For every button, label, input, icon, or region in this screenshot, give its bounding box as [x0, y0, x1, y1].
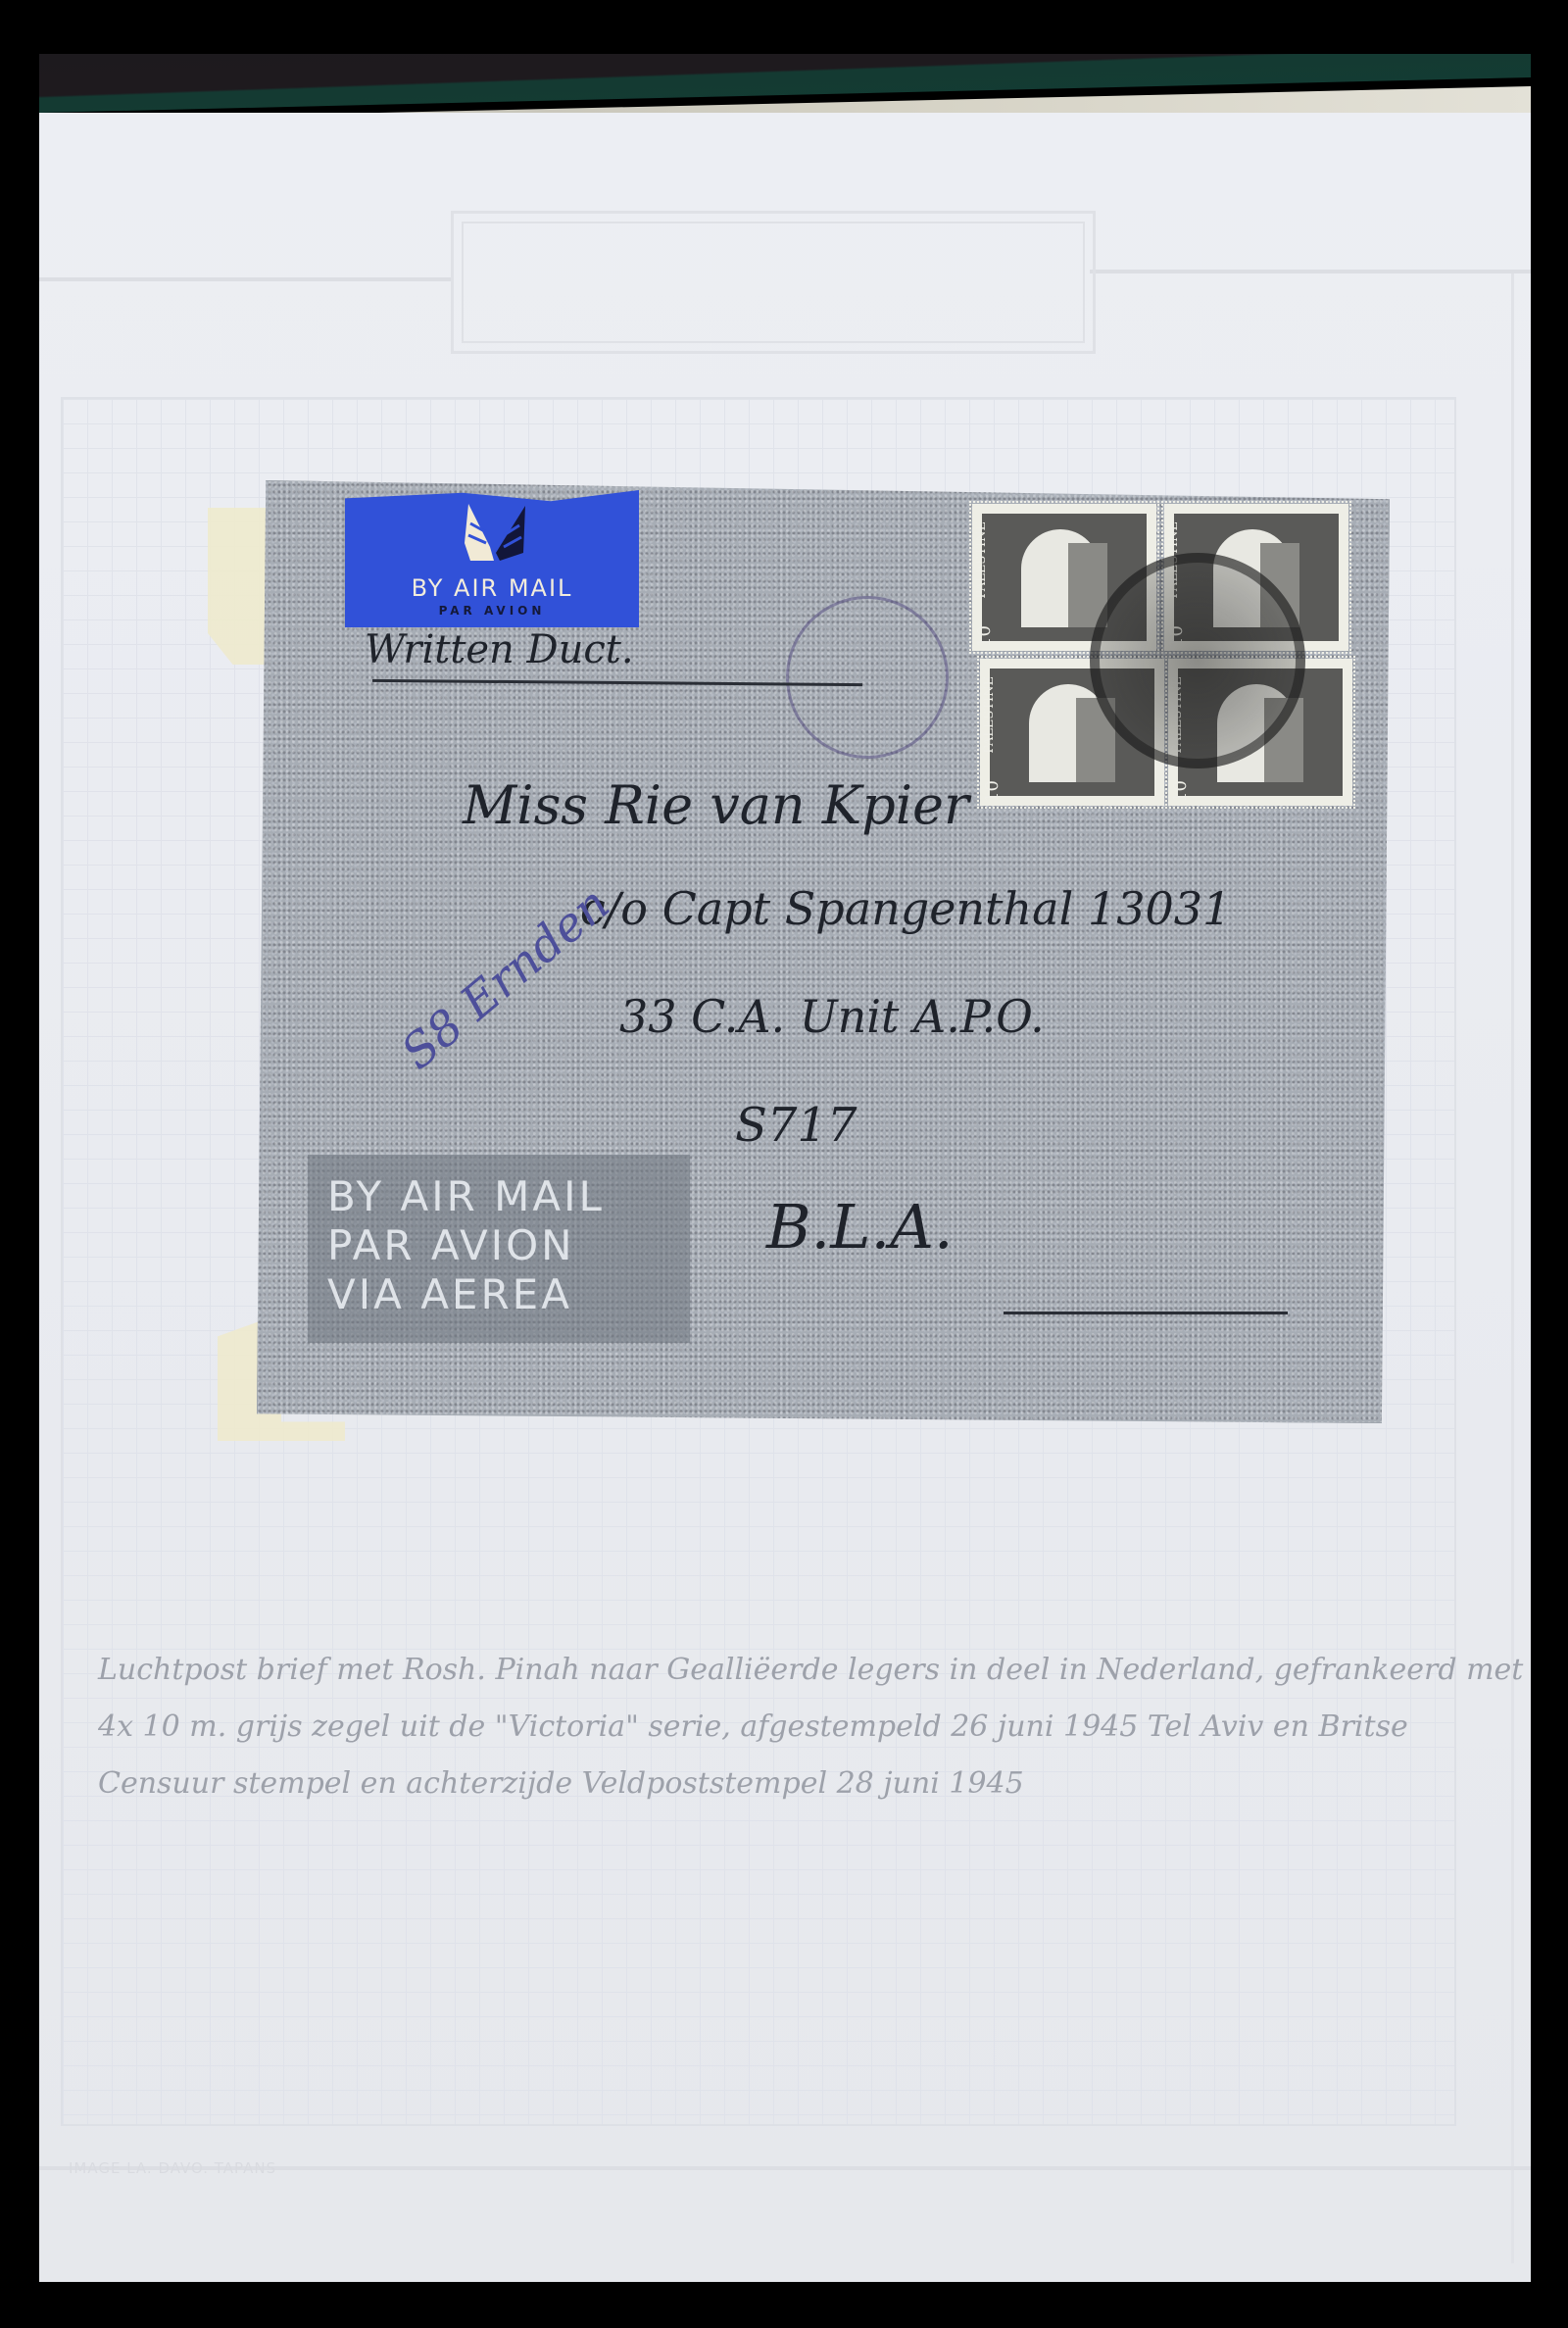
handwritten-note: Written Duct. [365, 627, 634, 672]
album-note: Luchtpost brief met Rosh. Pinah naar Gea… [98, 1642, 1470, 1812]
unit-line: 33 C.A. Unit A.P.O. [619, 990, 1045, 1043]
airmail-grey-line: VIA AEREA [327, 1270, 690, 1319]
airmail-envelope: BY AIR MAIL PAR AVION Written Duct. PALE… [257, 480, 1390, 1423]
stamp-block: PALESTINE 10 PALESTINE 10 PALESTINE 10 P… [972, 504, 1354, 814]
apo-number: S717 [735, 1098, 857, 1153]
airmail-label-blue: BY AIR MAIL PAR AVION [345, 490, 639, 627]
note-line: Luchtpost brief met Rosh. Pinah naar Gea… [98, 1642, 1470, 1699]
recipient-name: Miss Rie van Kpier [463, 774, 969, 836]
airmail-title: BY AIR MAIL [345, 574, 639, 602]
footer-caption: IMAGE LA. DAVO. TAPANS [69, 2159, 276, 2177]
underline [1004, 1312, 1288, 1314]
censor-mark: S8 Ernden [391, 876, 619, 1080]
note-line: 4x 10 m. grijs zegel uit de "Victoria" s… [98, 1699, 1470, 1756]
care-of-line: c/o Capt Spangenthal 13031 [580, 882, 1231, 935]
destination: B.L.A. [766, 1191, 954, 1263]
purple-censor-cachet [786, 596, 949, 759]
postmark [1090, 553, 1305, 768]
airmail-label-grey: BY AIR MAIL PAR AVION VIA AEREA [308, 1155, 690, 1343]
airmail-grey-line: PAR AVION [327, 1221, 690, 1270]
note-line: Censuur stempel en achterzijde Veldposts… [98, 1756, 1470, 1812]
airmail-subtitle: PAR AVION [345, 604, 639, 618]
wings-icon [461, 504, 529, 561]
mount-tape-top [208, 508, 270, 665]
airmail-grey-line: BY AIR MAIL [327, 1172, 690, 1221]
